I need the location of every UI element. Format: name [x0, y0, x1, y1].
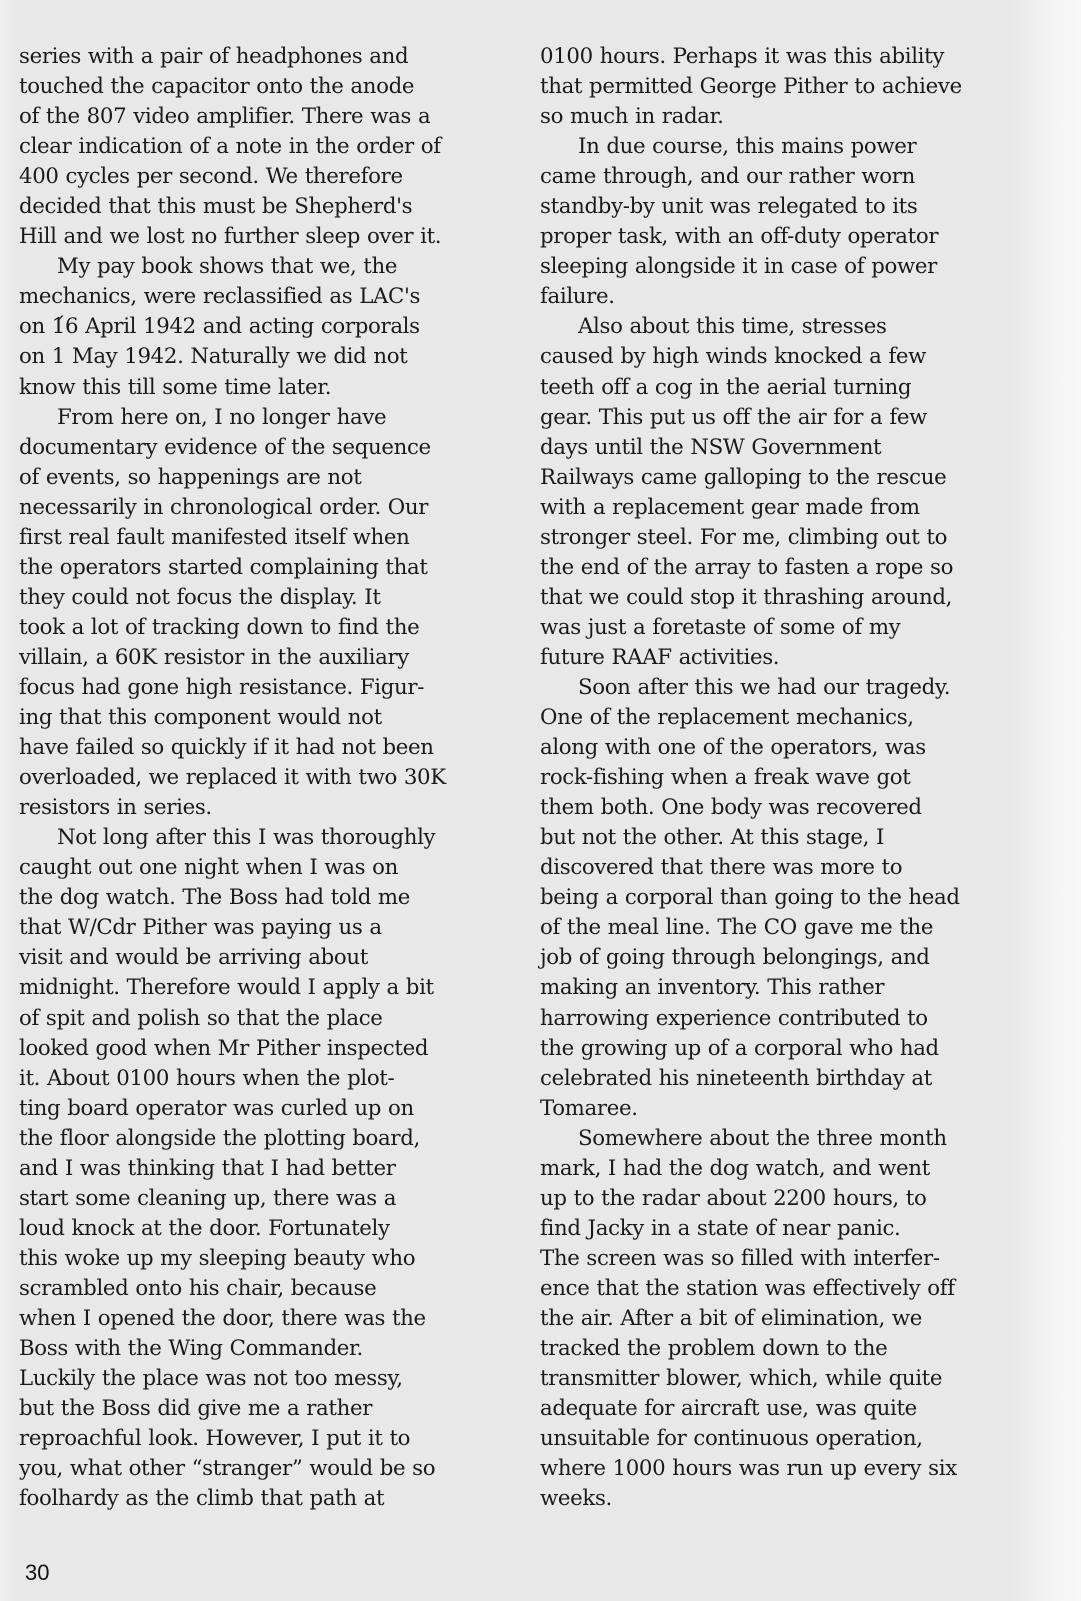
paragraph-first-line: My pay book shows that we, the: [19, 252, 519, 282]
text-line: weeks.: [540, 1484, 1030, 1514]
text-line: looked good when Mr Pither inspected: [19, 1034, 519, 1064]
text-line: Boss with the Wing Commander.: [19, 1334, 519, 1364]
text-line: rock-fishing when a freak wave got: [540, 763, 1030, 793]
text-line: proper task, with an off-duty operator: [540, 222, 1030, 252]
text-line: when I opened the door, there was the: [19, 1304, 519, 1334]
page-edge-shadow-left: [0, 0, 18, 1601]
text-line: the floor alongside the plotting board,: [19, 1124, 519, 1154]
page-number: 30: [25, 1560, 49, 1586]
text-line: job of going through belongings, and: [540, 943, 1030, 973]
text-line: the dog watch. The Boss had told me: [19, 883, 519, 913]
text-line: adequate for aircraft use, was quite: [540, 1394, 1030, 1424]
paragraph-first-line: Not long after this I was thoroughly: [19, 823, 519, 853]
text-line: up to the radar about 2200 hours, to: [540, 1184, 1030, 1214]
text-line: days until the NSW Government: [540, 433, 1030, 463]
text-line: reproachful look. However, I put it to: [19, 1424, 519, 1454]
text-line: and I was thinking that I had better: [19, 1154, 519, 1184]
text-line: Luckily the place was not too messy,: [19, 1364, 519, 1394]
text-line: it. About 0100 hours when the plot-: [19, 1064, 519, 1094]
text-line: villain, a 60K resistor in the auxiliary: [19, 643, 519, 673]
text-line: this woke up my sleeping beauty who: [19, 1244, 519, 1274]
text-line: making an inventory. This rather: [540, 973, 1030, 1003]
text-line: loud knock at the door. Fortunately: [19, 1214, 519, 1244]
text-line: documentary evidence of the sequence: [19, 433, 519, 463]
text-line: mark, I had the dog watch, and went: [540, 1154, 1030, 1184]
text-line: of events, so happenings are not: [19, 463, 519, 493]
text-line: have failed so quickly if it had not bee…: [19, 733, 519, 763]
text-line: focus had gone high resistance. Figur-: [19, 673, 519, 703]
text-line: unsuitable for continuous operation,: [540, 1424, 1030, 1454]
text-line: with a replacement gear made from: [540, 493, 1030, 523]
text-line: foolhardy as the climb that path at: [19, 1484, 519, 1514]
text-line: was just a foretaste of some of my: [540, 613, 1030, 643]
text-line: ence that the station was effectively of…: [540, 1274, 1030, 1304]
text-line: overloaded, we replaced it with two 30K: [19, 763, 519, 793]
paragraph-first-line: Soon after this we had our tragedy.: [540, 673, 1030, 703]
text-line: ing that this component would not: [19, 703, 519, 733]
text-line: stronger steel. For me, climbing out to: [540, 523, 1030, 553]
paragraph-first-line: In due course, this mains power: [540, 132, 1030, 162]
text-line: The screen was so filled with interfer-: [540, 1244, 1030, 1274]
text-line: that permitted George Pither to achieve: [540, 72, 1030, 102]
text-line: teeth off a cog in the aerial turning: [540, 373, 1030, 403]
text-line: you, what other “stranger” would be so: [19, 1454, 519, 1484]
text-line: mechanics, were reclassified as LAC's: [19, 282, 519, 312]
text-line: future RAAF activities.: [540, 643, 1030, 673]
text-line: the end of the array to fasten a rope so: [540, 553, 1030, 583]
text-line: find Jacky in a state of near panic.: [540, 1214, 1030, 1244]
text-line: midnight. Therefore would I apply a bit: [19, 973, 519, 1003]
text-line: scrambled onto his chair, because: [19, 1274, 519, 1304]
text-line: Hill and we lost no further sleep over i…: [19, 222, 519, 252]
text-line: gear. This put us off the air for a few: [540, 403, 1030, 433]
text-line: the air. After a bit of elimination, we: [540, 1304, 1030, 1334]
text-line: came through, and our rather worn: [540, 162, 1030, 192]
text-line: being a corporal than going to the head: [540, 883, 1030, 913]
text-line: series with a pair of headphones and: [19, 42, 519, 72]
text-line: resistors in series.: [19, 793, 519, 823]
text-column-right: 0100 hours. Perhaps it was this abilityt…: [540, 42, 1030, 1514]
text-line: decided that this must be Shepherd's: [19, 192, 519, 222]
text-line: took a lot of tracking down to find the: [19, 613, 519, 643]
text-line: tracked the problem down to the: [540, 1334, 1030, 1364]
text-line: caught out one night when I was on: [19, 853, 519, 883]
text-line: of the 807 video amplifier. There was a: [19, 102, 519, 132]
text-line: caused by high winds knocked a few: [540, 342, 1030, 372]
text-line: Tomaree.: [540, 1094, 1030, 1124]
text-line: failure.: [540, 282, 1030, 312]
text-line: clear indication of a note in the order …: [19, 132, 519, 162]
text-line: along with one of the operators, was: [540, 733, 1030, 763]
text-line: visit and would be arriving about: [19, 943, 519, 973]
paragraph-first-line: From here on, I no longer have: [19, 403, 519, 433]
text-line: of spit and polish so that the place: [19, 1004, 519, 1034]
text-line: first real fault manifested itself when: [19, 523, 519, 553]
text-column-left: series with a pair of headphones andtouc…: [19, 42, 519, 1514]
text-line: on 1 May 1942. Naturally we did not: [19, 342, 519, 372]
text-line: celebrated his nineteenth birthday at: [540, 1064, 1030, 1094]
text-line: discovered that there was more to: [540, 853, 1030, 883]
text-line: start some cleaning up, there was a: [19, 1184, 519, 1214]
text-line: know this till some time later.: [19, 373, 519, 403]
text-line: transmitter blower, which, while quite: [540, 1364, 1030, 1394]
text-line: necessarily in chronological order. Our: [19, 493, 519, 523]
text-line: Railways came galloping to the rescue: [540, 463, 1030, 493]
text-line: where 1000 hours was run up every six: [540, 1454, 1030, 1484]
text-line: but not the other. At this stage, I: [540, 823, 1030, 853]
paragraph-first-line: Somewhere about the three month: [540, 1124, 1030, 1154]
text-line: standby-by unit was relegated to its: [540, 192, 1030, 222]
text-line: 0100 hours. Perhaps it was this ability: [540, 42, 1030, 72]
text-line: them both. One body was recovered: [540, 793, 1030, 823]
text-line: on 1́6 April 1942 and acting corporals: [19, 312, 519, 342]
text-line: but the Boss did give me a rather: [19, 1394, 519, 1424]
text-line: the growing up of a corporal who had: [540, 1034, 1030, 1064]
text-line: they could not focus the display. It: [19, 583, 519, 613]
text-line: One of the replacement mechanics,: [540, 703, 1030, 733]
text-line: touched the capacitor onto the anode: [19, 72, 519, 102]
text-line: of the meal line. The CO gave me the: [540, 913, 1030, 943]
text-line: 400 cycles per second. We therefore: [19, 162, 519, 192]
text-line: the operators started complaining that: [19, 553, 519, 583]
text-line: that we could stop it thrashing around,: [540, 583, 1030, 613]
text-line: that W/Cdr Pither was paying us a: [19, 913, 519, 943]
text-line: sleeping alongside it in case of power: [540, 252, 1030, 282]
text-line: harrowing experience contributed to: [540, 1004, 1030, 1034]
text-line: so much in radar.: [540, 102, 1030, 132]
text-line: ting board operator was curled up on: [19, 1094, 519, 1124]
paragraph-first-line: Also about this time, stresses: [540, 312, 1030, 342]
